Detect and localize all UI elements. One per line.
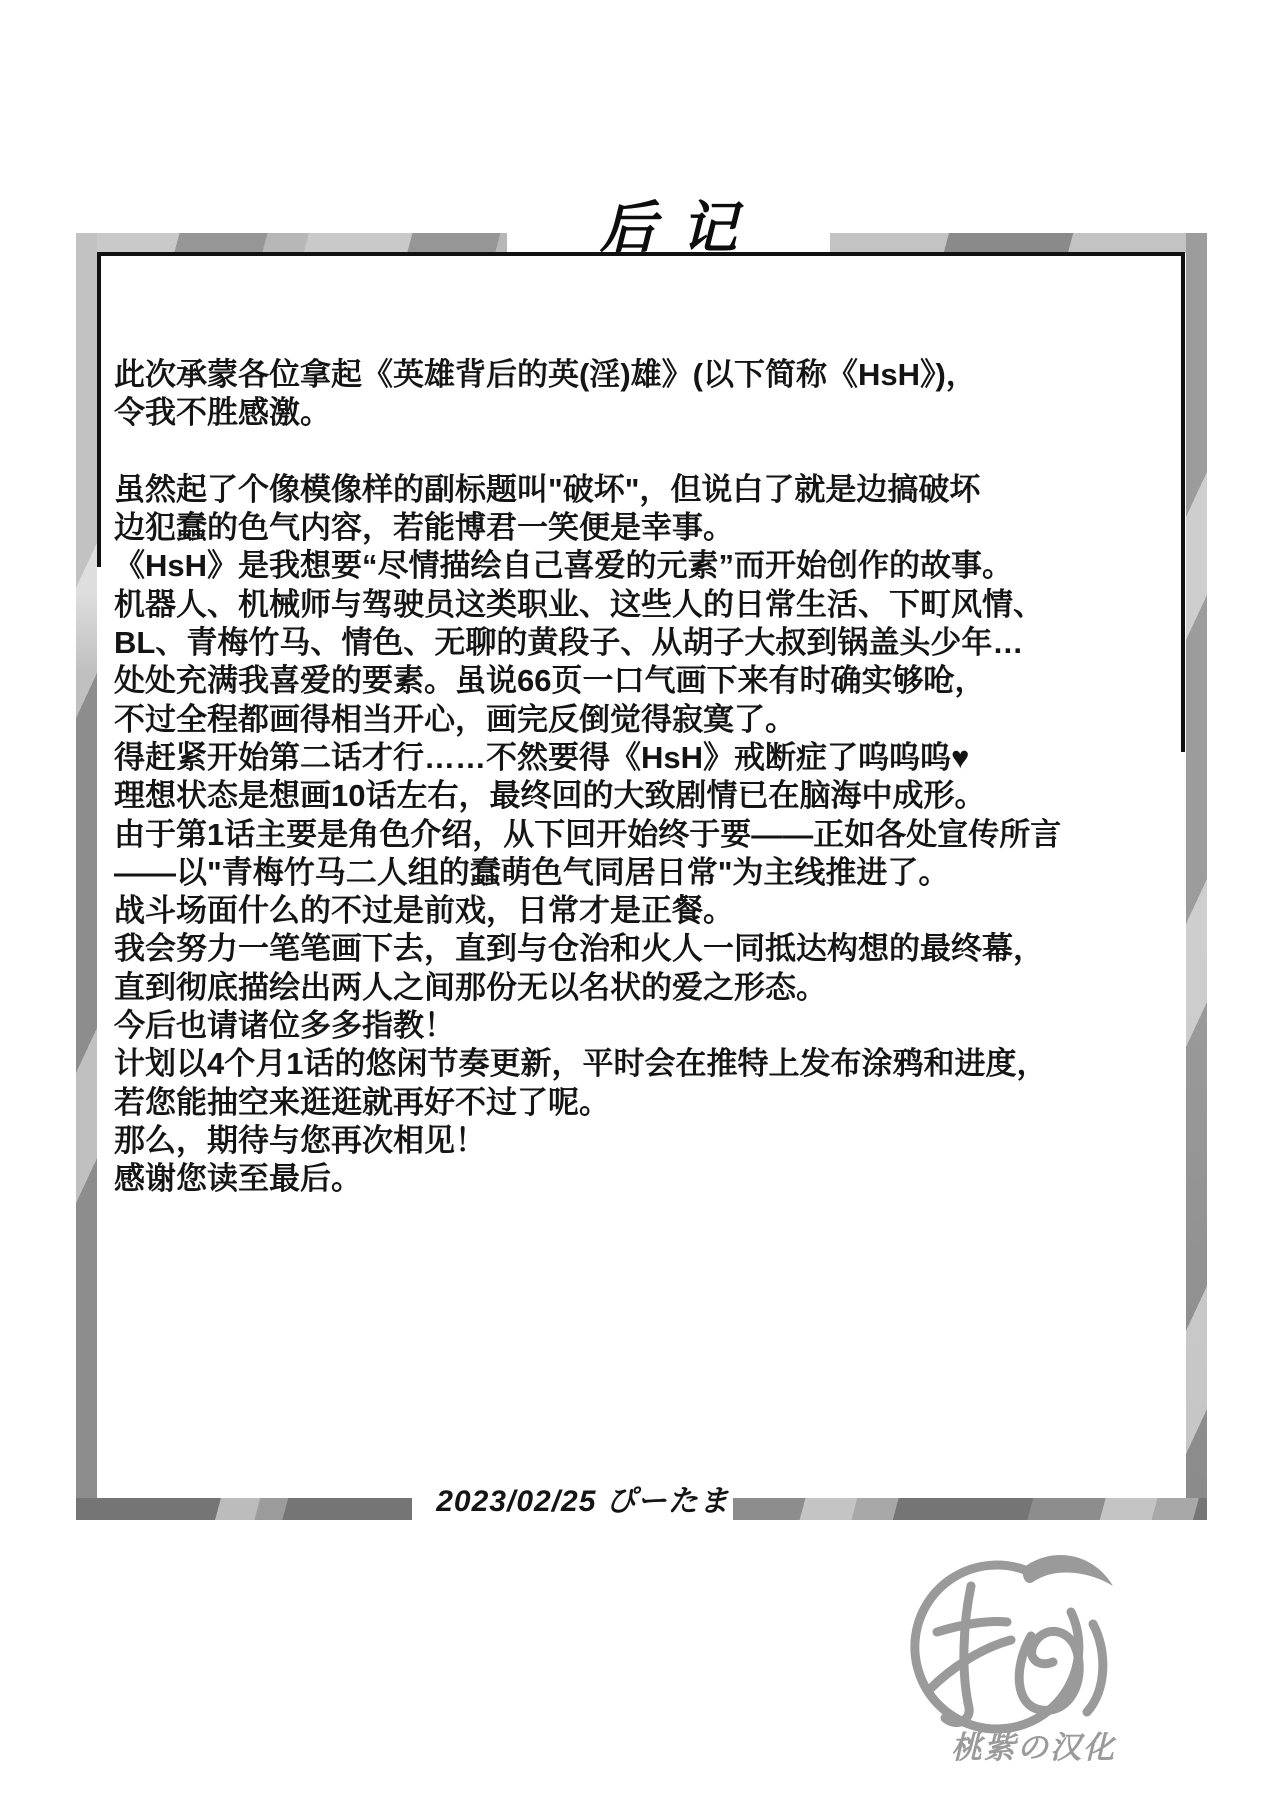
translator-logo-text: 桃紫の汉化 [951,1722,1151,1767]
body-text-line: 处处充满我喜爱的要素。虽说66页一口气画下来有时确实够呛， [114,662,1114,700]
body-text-line: 我会努力一笔笔画下去，直到与仓治和火人一同抵达构想的最终幕， [114,930,1114,968]
body-text-line: 机器人、机械师与驾驶员这类职业、这些人的日常生活、下町风情、 [114,586,1114,624]
body-text-line: 计划以4个月1话的悠闲节奏更新，平时会在推特上发布涂鸦和进度， [114,1045,1114,1083]
frame-band-right [1186,233,1207,1520]
body-text-line: 直到彻底描绘出两人之间那份无以名状的爱之形态。 [114,969,1114,1007]
body-text-line: 今后也请诸位多多指教！ [114,1007,1114,1045]
body-text-line: 虽然起了个像模像样的副标题叫"破坏"，但说白了就是边搞破坏 [114,471,1114,509]
body-text-line: 感谢您读至最后。 [114,1160,1114,1198]
body-text-line: 由于第1话主要是角色介绍，从下回开始终于要——正如各处宣传所言 [114,816,1114,854]
frame-rule-right [1181,252,1185,752]
body-text-line: 若您能抽空来逛逛就再好不过了呢。 [114,1084,1114,1122]
translator-logo: 桃紫の汉化 [855,1540,1145,1780]
frame-band-bottom-right [733,1498,1207,1520]
body-text-line: 《HsH》是我想要“尽情描绘自己喜爱的元素”而开始创作的故事。 [114,547,1114,585]
body-text-line: 令我不胜感激。 [114,394,1114,432]
body-text-line: 不过全程都画得相当开心，画完反倒觉得寂寞了。 [114,701,1114,739]
frame-band-bottom-left [76,1498,412,1520]
frame-band-top-left [76,233,507,253]
body-text-line: 那么，期待与您再次相见！ [114,1122,1114,1160]
date-signature: 2023/02/25 ぴーたま [398,1484,768,1520]
body-text-line: 得赶紧开始第二话才行……不然要得《HsH》戒断症了呜呜呜♥ [114,739,1114,777]
body-text-line: ——以"青梅竹马二人组的蠢萌色气同居日常"为主线推进了。 [114,854,1114,892]
body-text-line: BL、青梅竹马、情色、无聊的黄段子、从胡子大叔到锅盖头少年… [114,624,1114,662]
page-title: 后记 [507,197,830,267]
body-text-line: 此次承蒙各位拿起《英雄背后的英(淫)雄》(以下简称《HsH》)， [114,356,1114,394]
afterword-page: 后记 此次承蒙各位拿起《英雄背后的英(淫)雄》(以下简称《HsH》)，令我不胜感… [0,0,1280,1807]
body-text-line: 理想状态是想画10话左右，最终回的大致剧情已在脑海中成形。 [114,777,1114,815]
afterword-body: 此次承蒙各位拿起《英雄背后的英(淫)雄》(以下简称《HsH》)，令我不胜感激。 … [114,356,1114,1199]
body-text-line: 边犯蠢的色气内容，若能博君一笑便是幸事。 [114,509,1114,547]
frame-band-top-right [830,233,1207,253]
body-text-line [114,433,1114,471]
body-text-line: 战斗场面什么的不过是前戏，日常才是正餐。 [114,892,1114,930]
frame-band-left [76,233,97,1520]
frame-rule-left [97,252,101,567]
